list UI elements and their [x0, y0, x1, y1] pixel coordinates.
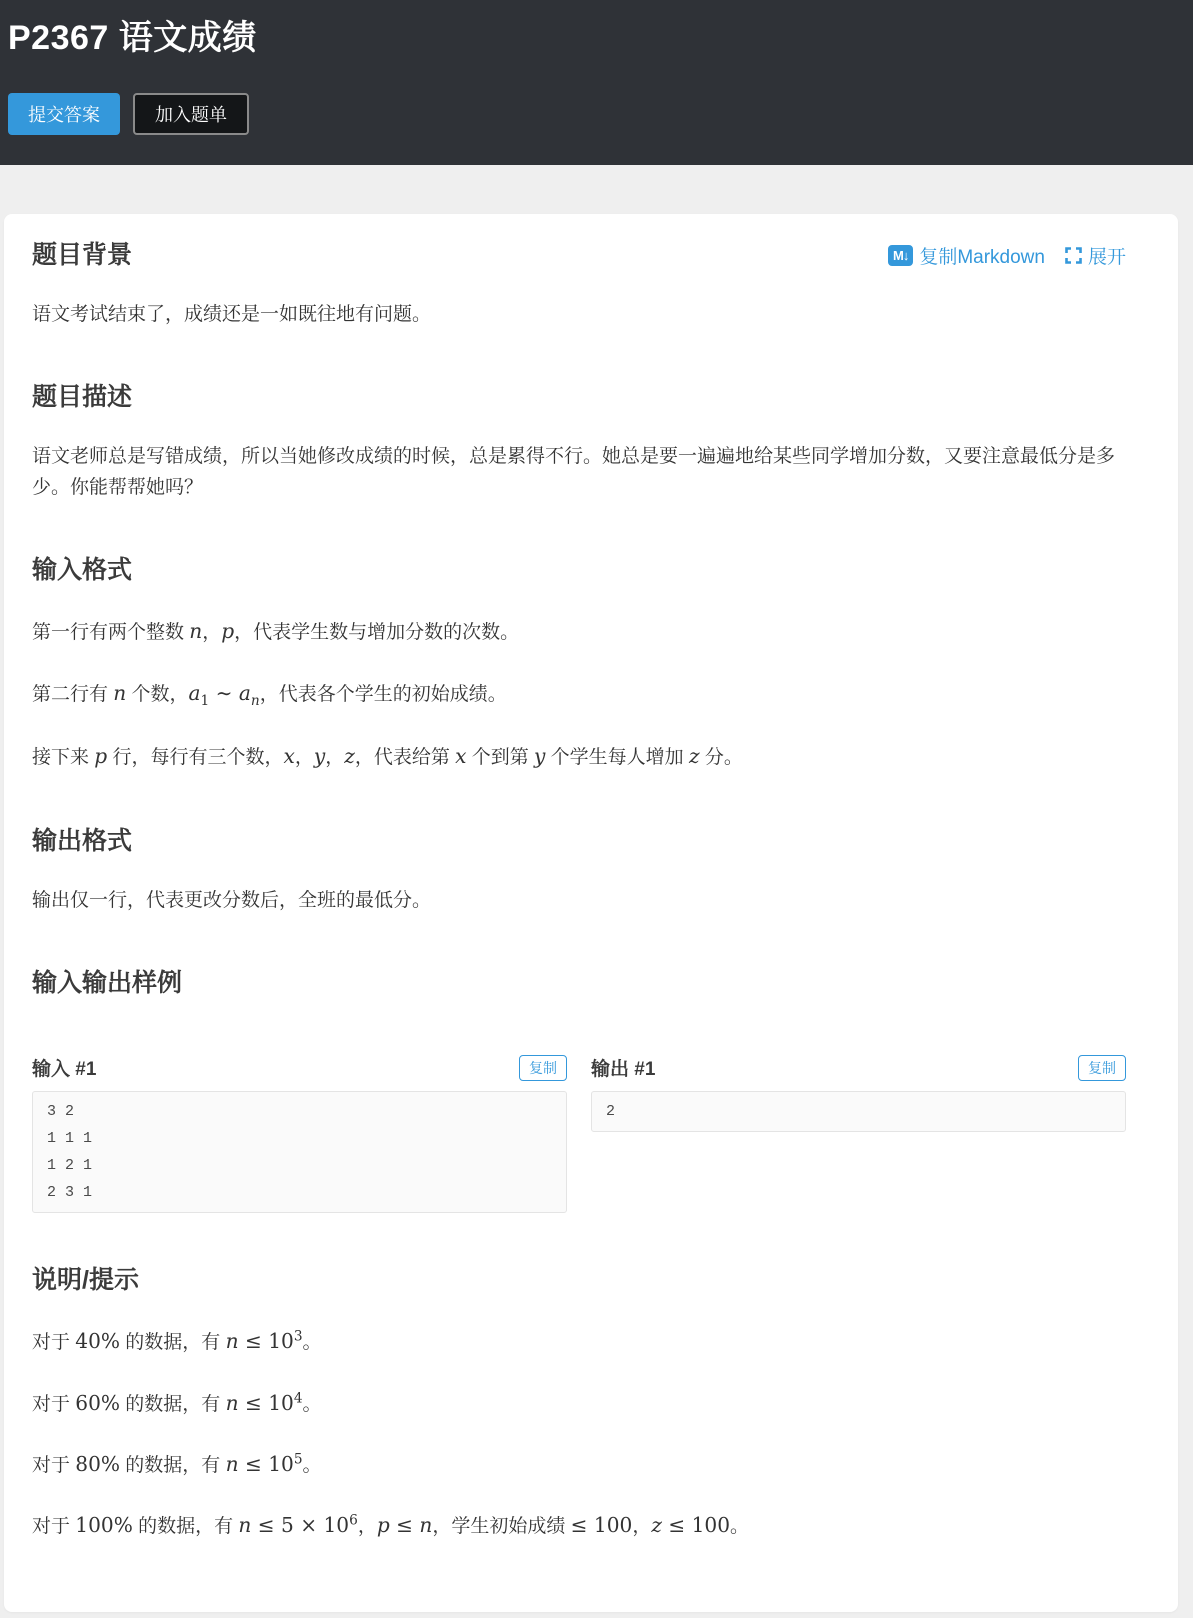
- page-header: P2367 语文成绩 提交答案 加入题单: [0, 0, 1193, 165]
- output-format-heading: 输出格式: [32, 826, 1126, 856]
- sample-output-column: 输出 #1 复制 2: [591, 1054, 1126, 1213]
- notes-paragraph: 对于 100% 的数据，有 n ≤ 5 × 106，p ≤ n，学生初始成绩 ≤…: [32, 1509, 1126, 1542]
- samples-row: 输入 #1 复制 3 2 1 1 1 1 2 1 2 3 1 输出 #1 复制 …: [32, 1054, 1126, 1213]
- notes-paragraph: 对于 80% 的数据，有 n ≤ 105。: [32, 1448, 1126, 1481]
- input-format-paragraph: 第二行有 n 个数，a1 ∼ an，代表各个学生的初始成绩。: [32, 677, 1126, 713]
- sample-input-column: 输入 #1 复制 3 2 1 1 1 1 2 1 2 3 1: [32, 1054, 567, 1213]
- sample-output-block: 2: [591, 1091, 1126, 1132]
- copy-markdown-label: 复制Markdown: [919, 242, 1045, 269]
- copy-output-button[interactable]: 复制: [1078, 1055, 1126, 1081]
- submit-answer-button[interactable]: 提交答案: [8, 93, 120, 135]
- page-title: P2367 语文成绩: [8, 10, 1185, 59]
- expand-icon: [1065, 247, 1082, 264]
- markdown-controls: M↓ 复制Markdown 展开: [888, 242, 1126, 269]
- add-to-problem-list-button[interactable]: 加入题单: [133, 93, 249, 135]
- header-buttons: 提交答案 加入题单: [8, 93, 1185, 135]
- input-format-paragraph: 接下来 p 行，每行有三个数，x，y，z，代表给第 x 个到第 y 个学生每人增…: [32, 740, 1126, 773]
- sample-input-block: 3 2 1 1 1 1 2 1 2 3 1: [32, 1091, 567, 1213]
- copy-input-button[interactable]: 复制: [519, 1055, 567, 1081]
- notes-heading: 说明/提示: [32, 1265, 1126, 1295]
- notes-paragraph: 对于 40% 的数据，有 n ≤ 103。: [32, 1325, 1126, 1358]
- markdown-icon: M↓: [888, 245, 913, 266]
- description-paragraph: 语文老师总是写错成绩，所以当她修改成绩的时候，总是累得不行。她总是要一遍遍地给某…: [32, 442, 1126, 503]
- description-heading: 题目描述: [32, 382, 1126, 412]
- expand-label: 展开: [1088, 242, 1126, 269]
- input-format-heading: 输入格式: [32, 555, 1126, 585]
- samples-heading: 输入输出样例: [32, 968, 1126, 998]
- sample-output-label: 输出 #1: [591, 1054, 655, 1081]
- background-heading: 题目背景: [32, 240, 132, 270]
- copy-markdown-button[interactable]: M↓ 复制Markdown: [888, 242, 1045, 269]
- problem-card: 题目背景 M↓ 复制Markdown 展开 语文考试结束了，成绩还是一如既往地有…: [4, 214, 1178, 1612]
- expand-button[interactable]: 展开: [1065, 242, 1126, 269]
- output-format-paragraph: 输出仅一行，代表更改分数后，全班的最低分。: [32, 886, 1126, 916]
- background-paragraph: 语文考试结束了，成绩还是一如既往地有问题。: [32, 300, 1126, 330]
- background-section-header: 题目背景 M↓ 复制Markdown 展开: [32, 240, 1126, 270]
- input-format-paragraph: 第一行有两个整数 n，p，代表学生数与增加分数的次数。: [32, 615, 1126, 648]
- notes-paragraph: 对于 60% 的数据，有 n ≤ 104。: [32, 1387, 1126, 1420]
- sample-input-label: 输入 #1: [32, 1054, 96, 1081]
